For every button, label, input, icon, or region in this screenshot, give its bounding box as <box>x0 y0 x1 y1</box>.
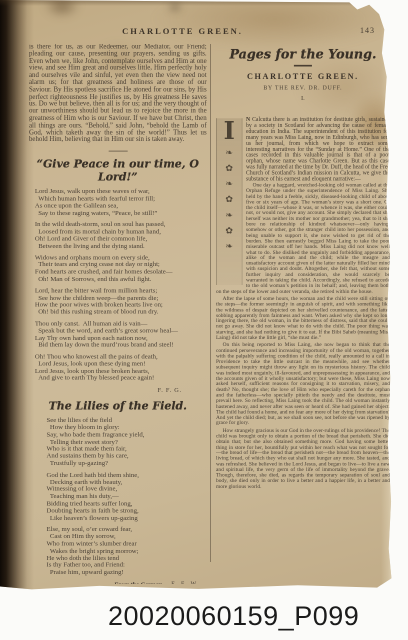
section-head: Pages for the Young. <box>216 46 390 62</box>
byline: BY THE REV. DR. DUFF. <box>216 85 390 92</box>
poem2-source: From the German. <box>114 581 164 584</box>
left-intro-paragraph: is there for us, as our Redeemer, our Me… <box>29 44 207 144</box>
right-column: Pages for the Young. CHARLOTTE GREEN. BY… <box>216 44 391 586</box>
poem2-title: The Lilies of the Field. <box>29 399 207 412</box>
scan-id-label: 20020060159_P099 <box>108 601 359 632</box>
poem2-initials: E. E. W. <box>171 581 199 584</box>
poem1-attribution: F. F. G. <box>29 386 207 393</box>
column-divider-rule <box>210 44 211 562</box>
poem2-stanza: Else, my soul, o’er coward fear, Cast on… <box>41 526 207 576</box>
section-divider-ornament <box>108 151 127 152</box>
scan-frame: CHARLOTTE GREEN. 143 is there for us, as… <box>0 0 408 640</box>
paper-stain <box>168 2 182 12</box>
poem2-stanza: God the Lord hath bid them shine, Deckin… <box>41 472 207 522</box>
article-paragraph: After the lapse of some hours, the woman… <box>216 296 390 341</box>
head-rule <box>294 65 312 67</box>
article-paragraph: How strangely gracious is our God in the… <box>216 428 390 489</box>
poem2-attribution-row: From the German. E. E. W. <box>29 581 207 584</box>
running-head-row: CHARLOTTE GREEN. 143 <box>30 26 375 38</box>
intro-text: Calcutta there is an institution for des… <box>246 116 390 182</box>
book-page: CHARLOTTE GREEN. 143 is there for us, as… <box>0 0 397 590</box>
paper-stain <box>150 0 400 50</box>
poem1-stanza: Oh! Thou who knowest all the pains of de… <box>29 353 207 382</box>
vine-ornament-icon: ❧ ✿ ❧ ✿ ❧ ✿ ❧ <box>217 145 242 254</box>
poem1-stanza: In the wild death-storm, soul on soul ha… <box>29 221 207 250</box>
ornamental-initial: I ❧ ✿ ❧ ✿ ❧ ✿ ❧ <box>216 118 242 285</box>
paper-stain <box>44 0 80 18</box>
poem1-stanza: Lord, hear the bitter wail from million … <box>29 287 207 316</box>
poem1-stanza: Thou only canst. All human aid is vain— … <box>29 320 207 349</box>
left-column: is there for us, as our Redeemer, our Me… <box>29 44 207 584</box>
poem1-title: “Give Peace in our time, O Lord!” <box>29 157 207 183</box>
poem1-stanza: Lord Jesus, walk upon these waves of war… <box>29 188 207 217</box>
drop-cap-letter: I <box>217 118 242 144</box>
article-paragraph: On this being reported to Miss Laing, sh… <box>216 342 390 426</box>
poem2-stanza: See the lilies of the field How they blo… <box>41 417 207 467</box>
running-head: CHARLOTTE GREEN. <box>30 26 335 36</box>
page-number: 143 <box>360 26 375 35</box>
part-number: I. <box>216 94 390 101</box>
poem1-stanza: Widows and orphans mourn on every side, … <box>29 254 207 283</box>
article-title: CHARLOTTE GREEN. <box>216 72 390 81</box>
